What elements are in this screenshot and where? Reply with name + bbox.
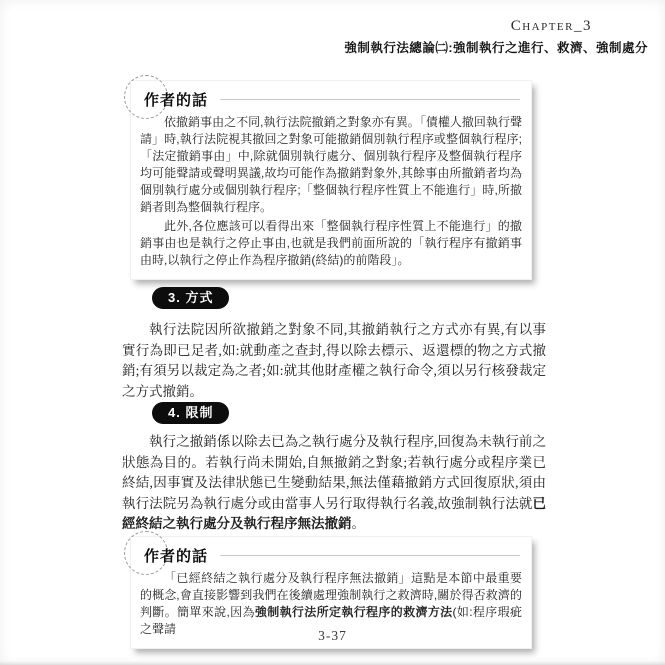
chapter-subtitle: 強制執行法總論㈡:強制執行之進行、救濟、強制處分 — [344, 38, 648, 56]
author-note-paragraph: 依撤銷事由之不同,執行法院撤銷之對象亦有異。「債權人撤回執行聲請」時,執行法院視… — [140, 114, 522, 216]
author-note-title: 作者的話 — [140, 89, 208, 110]
section-heading-label: 3. 方式 — [168, 290, 213, 305]
section-heading-label: 4. 限制 — [168, 405, 213, 420]
page-header: Chapter_3 強制執行法總論㈡:強制執行之進行、救濟、強制處分 — [344, 18, 648, 56]
author-note-title: 作者的話 — [140, 545, 208, 566]
section-paragraph-limit: 執行之撤銷係以除去已為之執行處分及執行程序,回復為未執行前之狀態為目的。若執行尚… — [122, 432, 546, 535]
author-note-paragraph: 此外,各位應該可以看得出來「整個執行程序性質上不能進行」的撤銷事由也是執行之停止… — [140, 218, 522, 269]
section-heading-method: 3. 方式 — [152, 287, 229, 309]
section-heading-limit: 4. 限制 — [152, 402, 229, 424]
book-page: Chapter_3 強制執行法總論㈡:強制執行之進行、救濟、強制處分 作者的話 … — [0, 0, 665, 665]
author-note-header: 作者的話 — [140, 87, 522, 111]
author-note-header: 作者的話 — [140, 543, 522, 567]
page-number: 3-37 — [0, 628, 665, 644]
chapter-label: Chapter_3 — [344, 18, 592, 35]
section-paragraph-method: 執行法院因所欲撤銷之對象不同,其撤銷執行之方式亦有異,有以事實行為即已足者,如:… — [122, 320, 546, 402]
header-rule — [220, 99, 520, 100]
author-note-box-top: 作者的話 依撤銷事由之不同,執行法院撤銷之對象亦有異。「債權人撤回執行聲請」時,… — [130, 80, 532, 280]
header-rule — [220, 555, 520, 556]
